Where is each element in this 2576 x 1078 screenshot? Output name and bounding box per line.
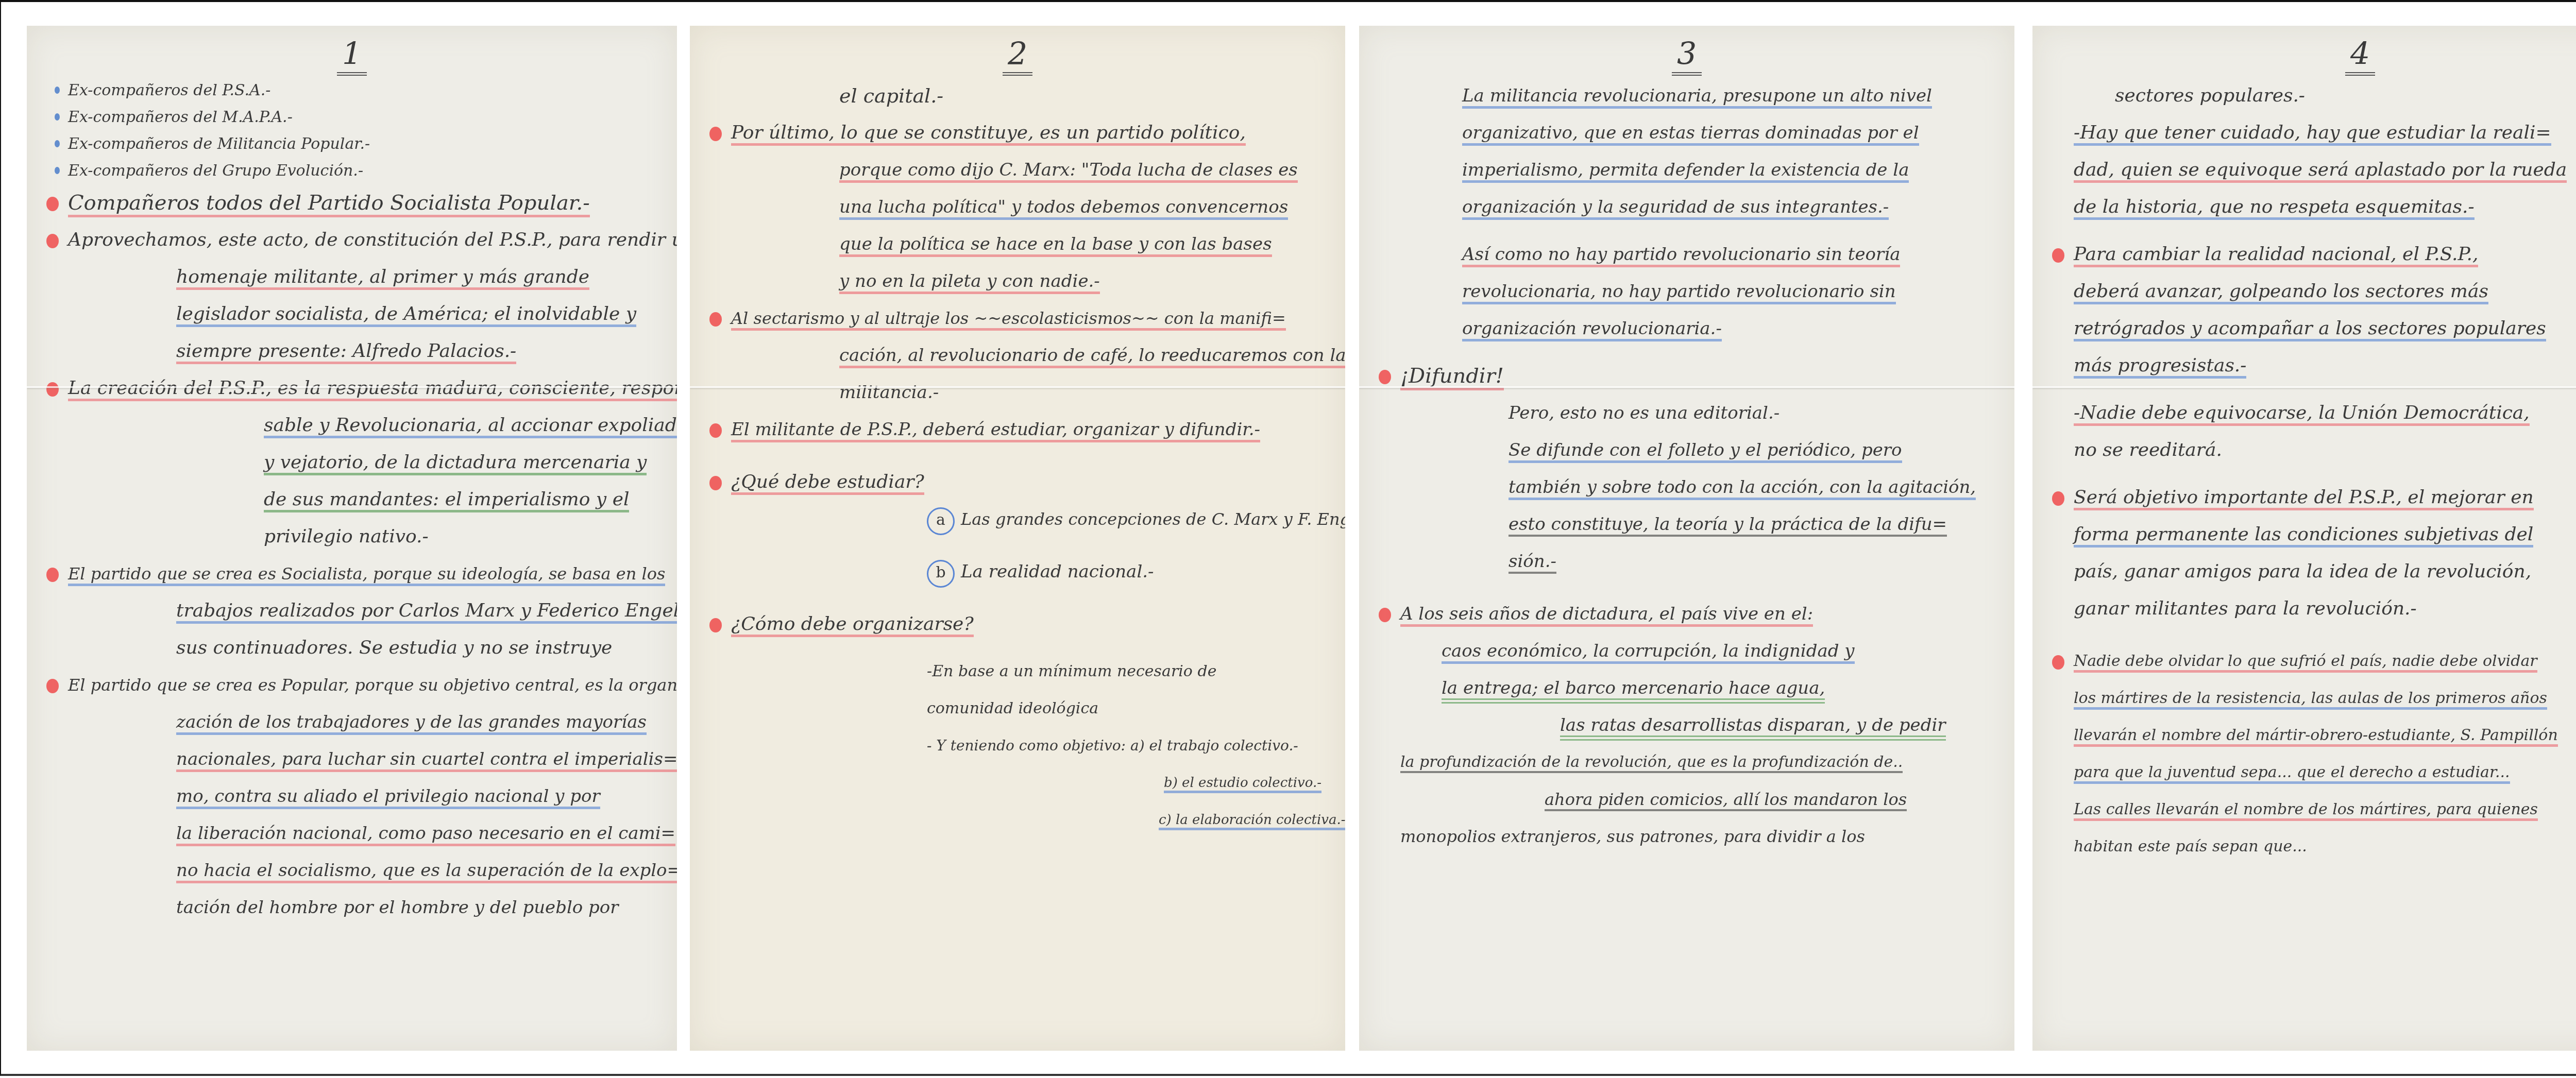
- text-line: la liberación nacional, como paso necesa…: [176, 815, 656, 852]
- text-line: Se difunde con el folleto y el periódico…: [1509, 432, 1994, 469]
- bullet-icon: [1379, 608, 1391, 622]
- list-item-a: aLas grandes concepciones de C. Marx y F…: [927, 501, 1325, 538]
- bullet-icon: [2052, 655, 2064, 670]
- text-line: Así como no hay partido revolucionario s…: [1462, 236, 1994, 273]
- text-line: cación, al revolucionario de café, lo re…: [839, 337, 1325, 374]
- text-line: La militancia revolucionaria, presupone …: [1462, 77, 1994, 114]
- paper-fold: [27, 386, 677, 388]
- text-line: imperialismo, permita defender la existe…: [1462, 151, 1994, 189]
- salutation-line: Ex-compañeros del M.A.P.A.-: [68, 104, 656, 131]
- salutation-line: Ex-compañeros de Militancia Popular.-: [68, 131, 656, 158]
- bullet-icon: [46, 197, 59, 211]
- paper-fold: [1359, 386, 2014, 388]
- letter-a-circle-icon: a: [927, 507, 955, 535]
- bullet-icon: [709, 618, 722, 632]
- text-line: nacionales, para luchar sin cuartel cont…: [176, 741, 656, 778]
- text-line: deberá avanzar, golpeando los sectores m…: [2074, 273, 2576, 310]
- text-line: -Nadie debe equivocarse, la Unión Democr…: [2074, 395, 2576, 432]
- manuscript-page-3: 3 La militancia revolucionaria, presupon…: [1359, 26, 2014, 1051]
- text-line: Las calles llevarán el nombre de los már…: [2074, 791, 2576, 828]
- bullet-icon: [709, 423, 722, 438]
- text-line: militancia.-: [839, 374, 1325, 411]
- text-line: organización revolucionaria.-: [1462, 310, 1994, 347]
- text-line: no hacia el socialismo, que es la supera…: [176, 852, 656, 889]
- text-line: Compañeros todos del Partido Socialista …: [68, 184, 656, 221]
- text-line: Será objetivo importante del P.S.P., el …: [2074, 479, 2576, 516]
- text-line: llevarán el nombre del mártir-obrero-est…: [2074, 717, 2576, 754]
- text-line: el capital.-: [839, 77, 1325, 114]
- text-line: país, ganar amigos para la idea de la re…: [2074, 553, 2576, 590]
- paper-fold: [2032, 386, 2576, 388]
- question-line: ¿Cómo debe organizarse?: [731, 606, 1325, 643]
- text-line: para que la juventud sepa... que el dere…: [2074, 754, 2576, 791]
- text-line: de la historia, que no respeta esquemita…: [2074, 189, 2576, 226]
- manuscript-page-2: 2 el capital.- Por último, lo que se con…: [690, 26, 1345, 1051]
- text-line: monopolios extranjeros, sus patrones, pa…: [1400, 818, 1994, 855]
- text-line: ganar militantes para la revolución.-: [2074, 590, 2576, 627]
- text-line: A los seis años de dictadura, el país vi…: [1400, 595, 1994, 632]
- text-line: sus continuadores. Se estudia y no se in…: [176, 629, 656, 666]
- text-line: -En base a un mínimum necesario de: [927, 653, 1325, 690]
- text-line: - Y teniendo como objetivo: a) el trabaj…: [927, 727, 1325, 764]
- bullet-icon: [46, 568, 59, 582]
- text-line: mo, contra su aliado el privilegio nacio…: [176, 778, 656, 815]
- manuscript-page-4: 4 sectores populares.- -Hay que tener cu…: [2032, 26, 2576, 1051]
- text-line: El partido que se crea es Socialista, po…: [68, 555, 656, 592]
- bullet-icon: [46, 234, 59, 248]
- bullet-icon: [55, 140, 60, 147]
- text-line: y vejatorio, de la dictadura mercenaria …: [264, 444, 656, 481]
- bullet-icon: [55, 113, 60, 121]
- text-line: ahora piden comicios, allí los mandaron …: [1545, 781, 1994, 818]
- text-line: Aprovechamos, este acto, de constitución…: [68, 221, 656, 259]
- question-line: ¿Qué debe estudiar?: [731, 464, 1325, 501]
- page-number: 1: [47, 36, 656, 77]
- text-line: Nadie debe olvidar lo que sufrió el país…: [2074, 643, 2576, 680]
- text-line: legislador socialista, de América; el in…: [176, 296, 656, 333]
- text-line: que la política se hace en la base y con…: [839, 226, 1325, 263]
- text-line: retrógrados y acompañar a los sectores p…: [2074, 310, 2576, 347]
- text-line: caos económico, la corrupción, la indign…: [1442, 632, 1994, 670]
- bullet-icon: [55, 167, 60, 174]
- bullet-icon: [55, 87, 60, 94]
- text-line: y no en la pileta y con nadie.-: [839, 263, 1325, 300]
- text-line: La creación del P.S.P., es la respuesta …: [68, 370, 656, 407]
- text-line: comunidad ideológica: [927, 690, 1325, 727]
- bullet-icon: [1379, 370, 1391, 384]
- text-line: tación del hombre por el hombre y del pu…: [176, 889, 656, 926]
- text-line: organización y la seguridad de sus integ…: [1462, 189, 1994, 226]
- text-line: privilegio nativo.-: [264, 518, 656, 555]
- heading-line: ¡Difundir!: [1400, 357, 1994, 395]
- bullet-icon: [2052, 248, 2064, 263]
- text-line: sable y Revolucionaria, al accionar expo…: [264, 407, 656, 444]
- salutation-line: Ex-compañeros del Grupo Evolución.-: [68, 158, 656, 184]
- text-line: la entrega; el barco mercenario hace agu…: [1442, 670, 1994, 707]
- text-line: las ratas desarrollistas disparan, y de …: [1560, 707, 1994, 744]
- letter-b-circle-icon: b: [927, 560, 955, 588]
- text-line: porque como dijo C. Marx: "Toda lucha de…: [839, 151, 1325, 189]
- text-line: habitan este país sepan que...: [2074, 828, 2576, 865]
- text-line: -Hay que tener cuidado, hay que estudiar…: [2074, 114, 2576, 151]
- text-line: los mártires de la resistencia, las aula…: [2074, 680, 2576, 717]
- text-line: no se reeditará.: [2074, 432, 2576, 469]
- paper-fold: [690, 386, 1345, 388]
- bullet-icon: [709, 127, 722, 141]
- text-line: la profundización de la revolución, que …: [1400, 744, 1994, 781]
- text-line: El partido que se crea es Popular, porqu…: [68, 666, 656, 704]
- text-line: homenaje militante, al primer y más gran…: [176, 259, 656, 296]
- text-line: Al sectarismo y al ultraje los ~~escolas…: [731, 300, 1325, 337]
- text-line: b) el estudio colectivo.-: [1164, 764, 1325, 801]
- text-line: organizativo, que en estas tierras domin…: [1462, 114, 1994, 151]
- text-line: más progresistas.-: [2074, 347, 2576, 384]
- bullet-icon: [46, 679, 59, 693]
- text-line: Para cambiar la realidad nacional, el P.…: [2074, 236, 2576, 273]
- text-line: una lucha política" y todos debemos conv…: [839, 189, 1325, 226]
- bullet-icon: [2052, 491, 2064, 506]
- text-line: Pero, esto no es una editorial.-: [1509, 395, 1994, 432]
- text-line: también y sobre todo con la acción, con …: [1509, 469, 1994, 506]
- bullet-icon: [709, 476, 722, 490]
- page-number: 3: [1380, 36, 1994, 77]
- text-line: forma permanente las condiciones subjeti…: [2074, 516, 2576, 553]
- manuscript-page-1: 1 Ex-compañeros del P.S.A.- Ex-compañero…: [27, 26, 677, 1051]
- salutation-line: Ex-compañeros del P.S.A.-: [68, 77, 656, 104]
- text-line: esto constituye, la teoría y la práctica…: [1509, 506, 1994, 543]
- text-line: de sus mandantes: el imperialismo y el: [264, 481, 656, 518]
- text-line: c) la elaboración colectiva.-: [1159, 801, 1325, 839]
- bullet-icon: [46, 382, 59, 397]
- text-line: siempre presente: Alfredo Palacios.-: [176, 333, 656, 370]
- text-line: zación de los trabajadores y de las gran…: [176, 704, 656, 741]
- text-line: revolucionaria, no hay partido revolucio…: [1462, 273, 1994, 310]
- bullet-icon: [709, 312, 722, 327]
- list-item-b: bLa realidad nacional.-: [927, 553, 1325, 590]
- text-line: sectores populares.-: [2115, 77, 2576, 114]
- text-line: Por último, lo que se constituye, es un …: [731, 114, 1325, 151]
- text-line: dad, quien se equivoque será aplastado p…: [2074, 151, 2576, 189]
- text-line: trabajos realizados por Carlos Marx y Fe…: [176, 592, 656, 629]
- page-number: 4: [2053, 36, 2576, 77]
- page-number: 2: [710, 36, 1325, 77]
- text-line: sión.-: [1509, 543, 1994, 580]
- text-line: El militante de P.S.P., deberá estudiar,…: [731, 411, 1325, 448]
